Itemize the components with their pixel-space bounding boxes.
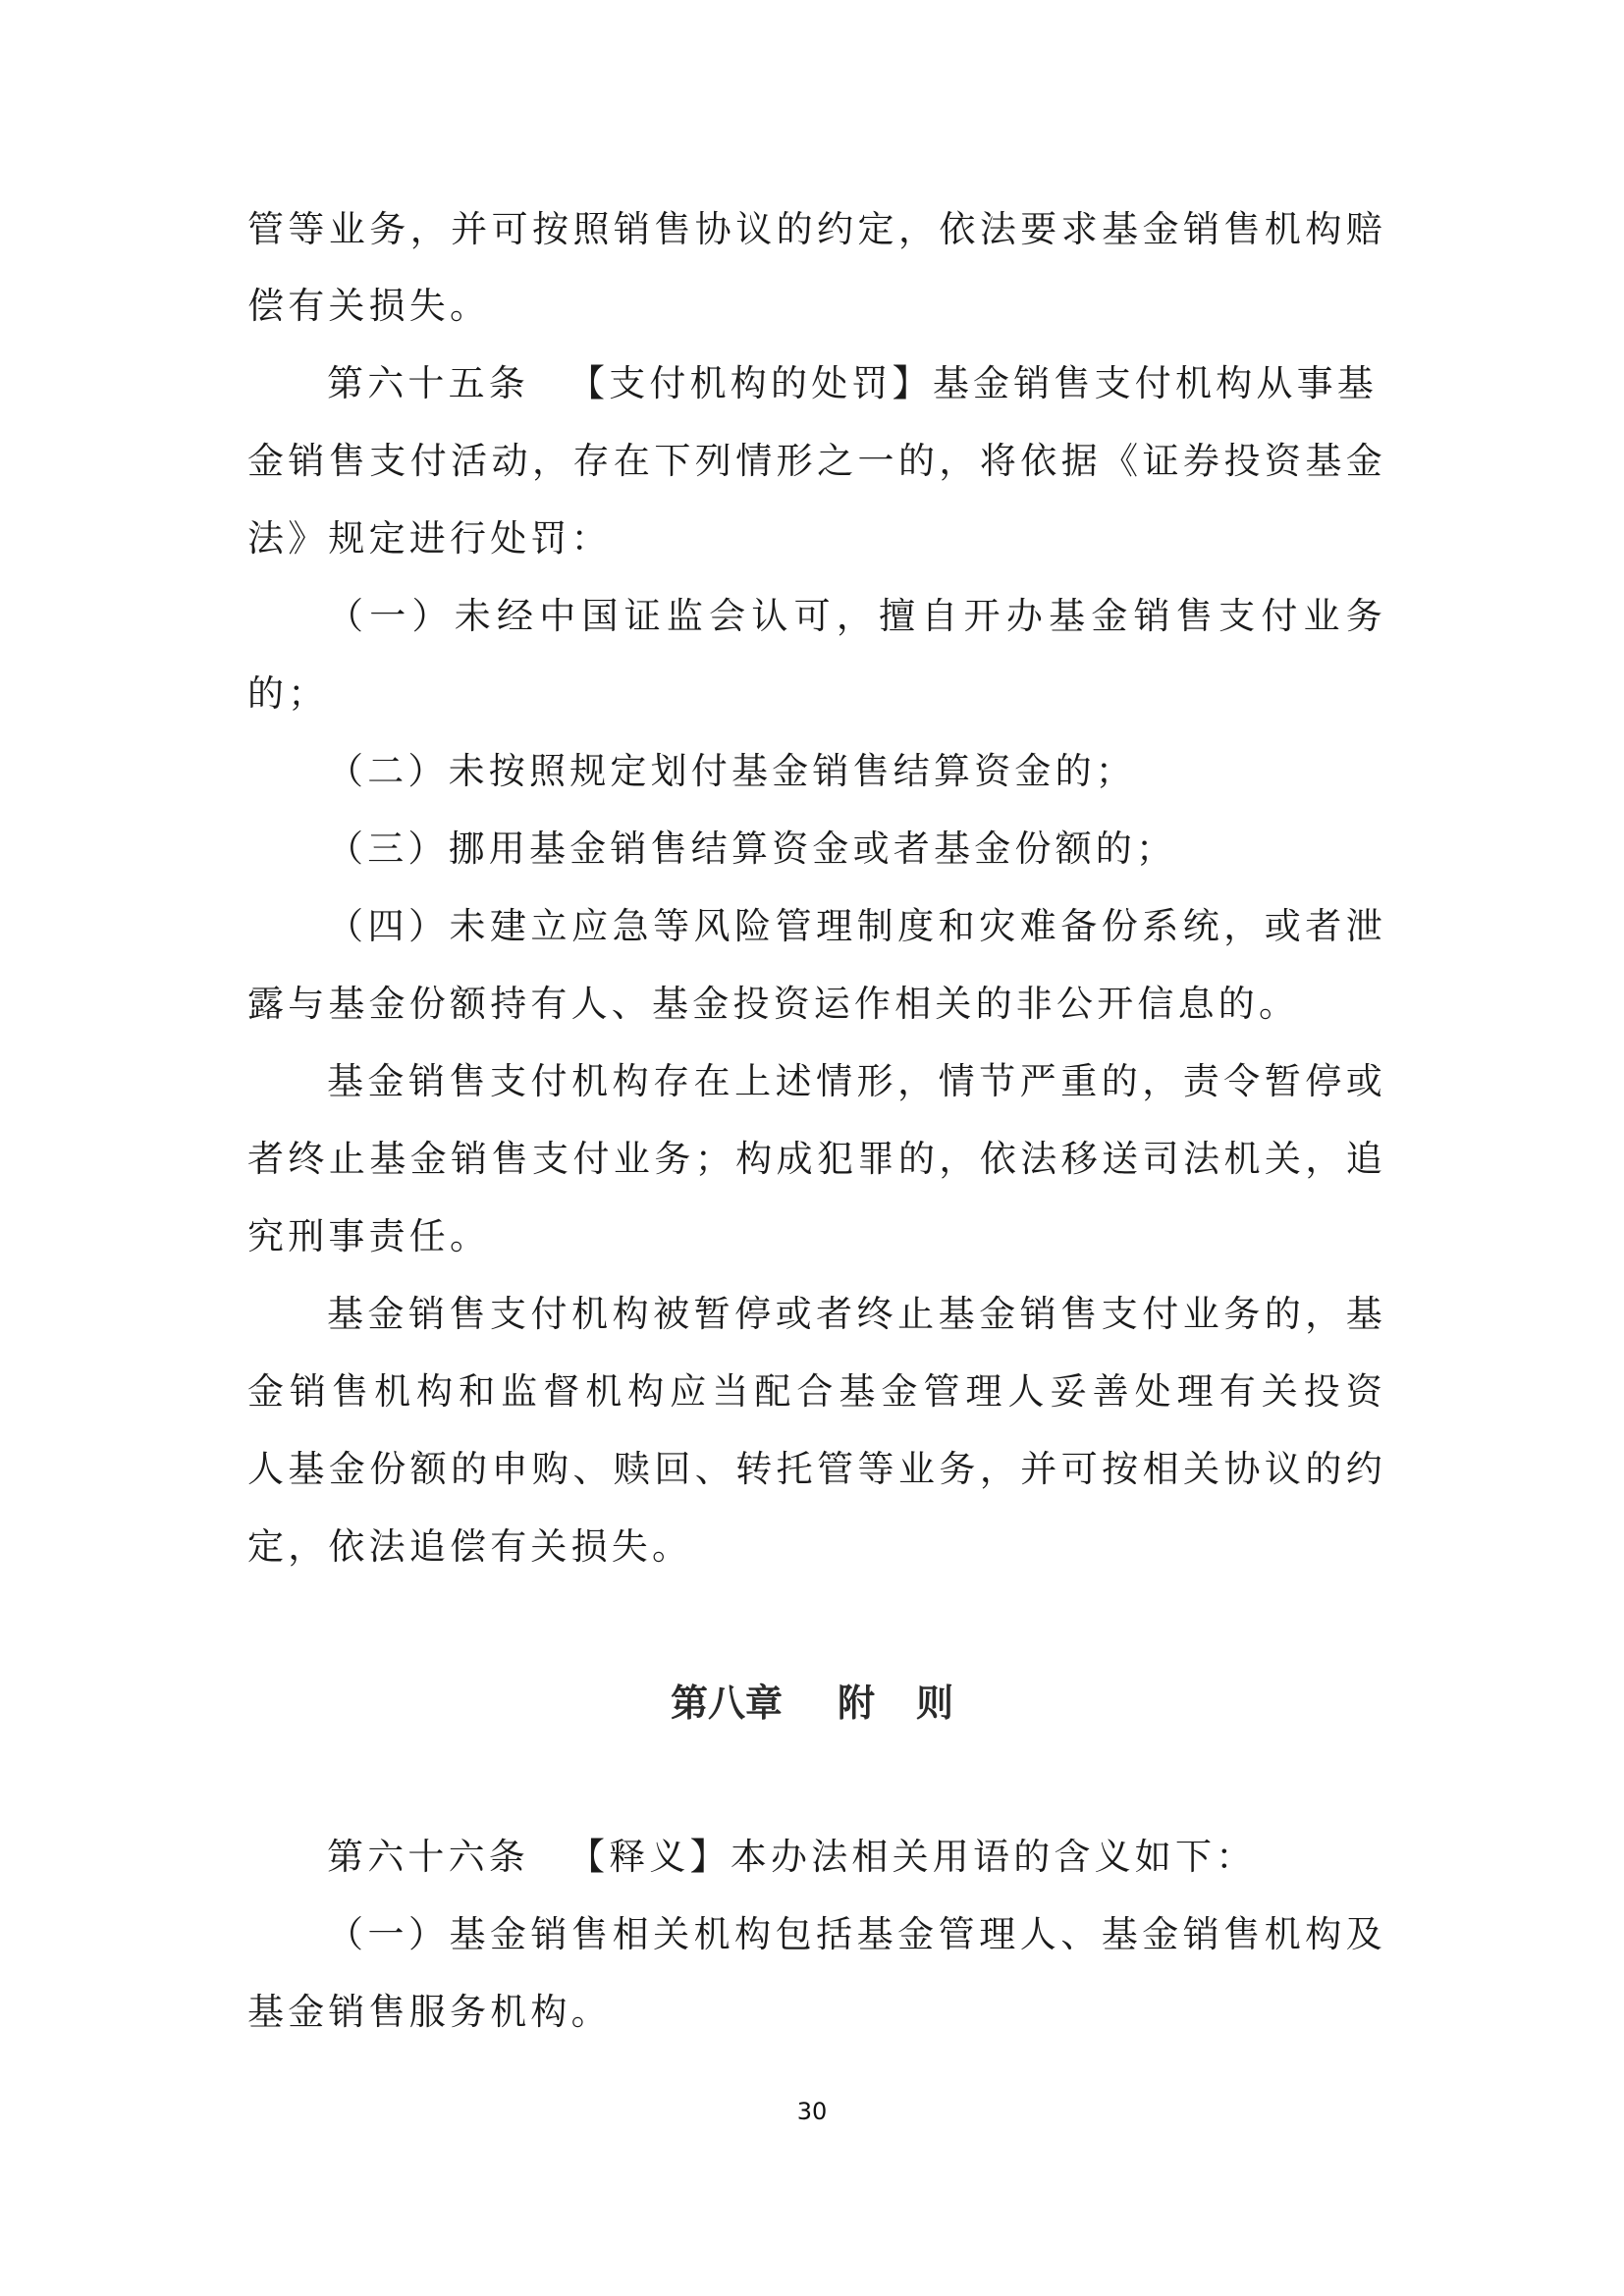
article-65-heading-line: 第六十五条【支付机构的处罚】基金销售支付机构从事基 [327,362,1386,405]
list-item-line: 露与基金份额持有人、基金投资运作相关的非公开信息的。 [247,983,1386,1026]
paragraph-line: 人基金份额的申购、赎回、转托管等业务，并可按相关协议的约 [247,1448,1386,1491]
page-number: 30 [0,2098,1624,2125]
chapter-title-part2: 则 [916,1682,953,1725]
paragraph-line: 金销售机构和监督机构应当配合基金管理人妥善处理有关投资 [247,1370,1386,1414]
paragraph-line: 管等业务，并可按照销售协议的约定，依法要求基金销售机构赔 [247,208,1386,251]
chapter-heading: 第八章附则 [0,1682,1624,1725]
list-item-line: 基金销售服务机构。 [247,1991,1386,2034]
article-number: 第六十五条 [327,362,529,404]
paragraph-line: 定，依法追偿有关损失。 [247,1525,1386,1569]
article-title: 【支付机构的处罚】 [568,362,933,404]
paragraph-line: 法》规定进行处罚： [247,517,1386,561]
list-item-line: （一）基金销售相关机构包括基金管理人、基金销售机构及 [327,1913,1386,1956]
paragraph-line: 基金销售支付机构被暂停或者终止基金销售支付业务的，基 [327,1293,1386,1336]
list-item-line: （一）未经中国证监会认可，擅自开办基金销售支付业务 [327,595,1386,638]
list-item-line: （四）未建立应急等风险管理制度和灾难备份系统，或者泄 [327,905,1386,948]
list-item-line: （三）挪用基金销售结算资金或者基金份额的； [327,828,1386,871]
paragraph-line: 者终止基金销售支付业务；构成犯罪的，依法移送司法机关，追 [247,1138,1386,1181]
list-item-line: （二）未按照规定划付基金销售结算资金的； [327,750,1386,793]
article-number: 第六十六条 [327,1836,529,1878]
paragraph-line: 金销售支付活动，存在下列情形之一的，将依据《证券投资基金 [247,440,1386,483]
paragraph-line: 究刑事责任。 [247,1215,1386,1258]
chapter-number: 第八章 [671,1682,783,1725]
list-item-line: 的； [247,672,1386,716]
article-text: 本办法相关用语的含义如下： [731,1836,1257,1878]
article-66-heading-line: 第六十六条【释义】本办法相关用语的含义如下： [327,1836,1386,1879]
paragraph-line: 基金销售支付机构存在上述情形，情节严重的，责令暂停或 [327,1060,1386,1103]
article-text: 基金销售支付机构从事基 [933,362,1378,404]
article-title: 【释义】 [568,1836,731,1878]
paragraph-line: 偿有关损失。 [247,285,1386,328]
chapter-title-part1: 附 [838,1682,875,1725]
document-page: 管等业务，并可按照销售协议的约定，依法要求基金销售机构赔 偿有关损失。 第六十五… [0,0,1624,2296]
